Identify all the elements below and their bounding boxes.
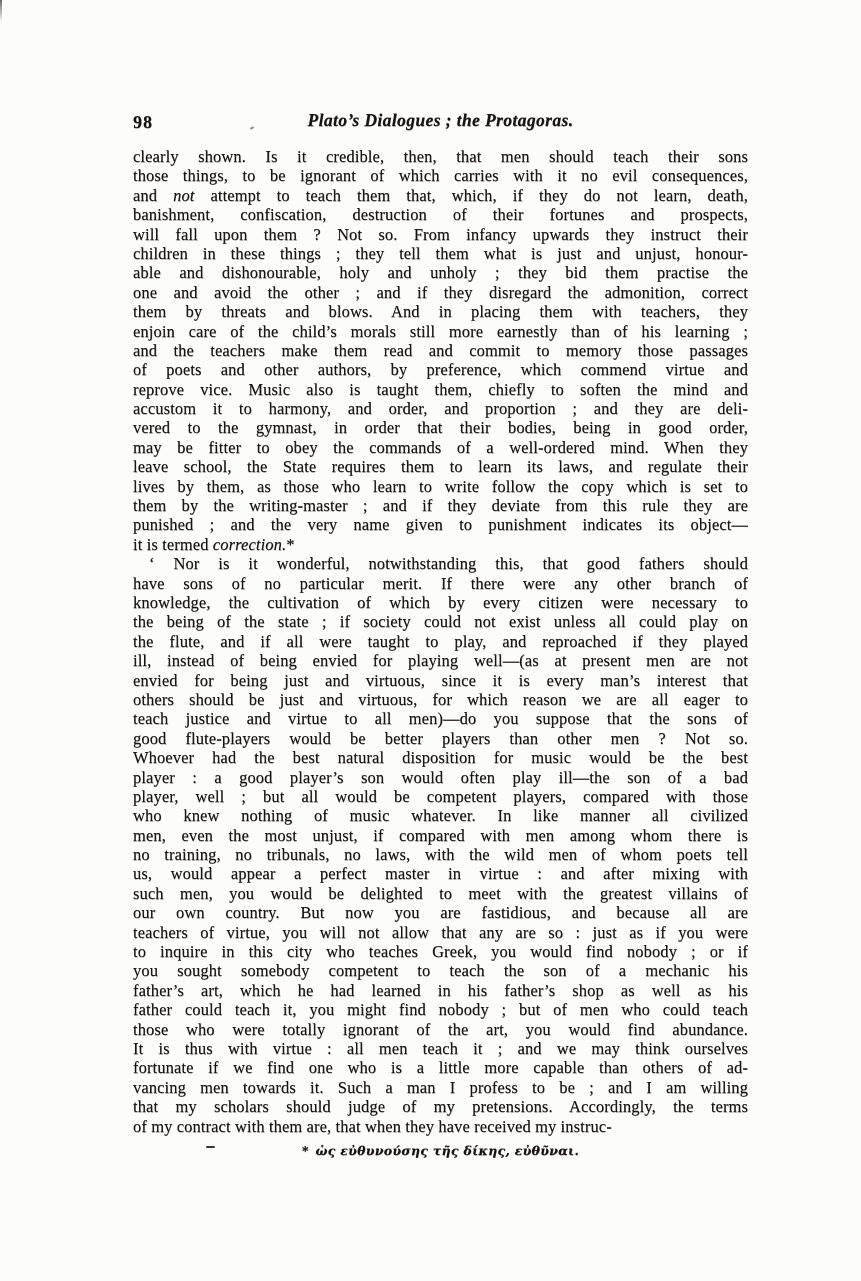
footnote: *ὡς εὐθυνούσης τῆς δίκης, εὐθῦναι. (133, 1143, 748, 1158)
text-line: Whoever had the best natural disposition… (133, 748, 748, 767)
text-line: of poets and other authors, by preferenc… (133, 360, 748, 379)
book-page: 98 Plato’s Dialogues ; the Protagoras. c… (0, 0, 861, 1281)
text-segment: * (286, 535, 294, 554)
text-line: them by the writing-master ; and if they… (133, 496, 748, 515)
text-line: vancing men towards it. Such a man I pro… (133, 1078, 748, 1097)
text-line: those things, to be ignorant of which ca… (133, 166, 748, 185)
text-line: children in these things ; they tell the… (133, 244, 748, 263)
text-line: have sons of no particular merit. If the… (133, 574, 748, 593)
italic-text-segment: correction. (213, 535, 286, 554)
text-segment: attempt to teach them that, which, if th… (195, 186, 749, 205)
running-title: Plato’s Dialogues ; the Protagoras. (308, 110, 574, 131)
text-line: good flute-players would be better playe… (133, 729, 748, 748)
text-line: father’s art, which he had learned in hi… (133, 981, 748, 1000)
text-line: ‘ Nor is it wonderful, notwithstanding t… (133, 554, 748, 573)
text-line: accustom it to harmony, and order, and p… (133, 399, 748, 418)
page-header: 98 Plato’s Dialogues ; the Protagoras. (133, 110, 748, 134)
text-line: will fall upon them ? Not so. From infan… (133, 225, 748, 244)
text-line: enjoin care of the child’s morals still … (133, 322, 748, 341)
paragraph: clearly shown. Is it credible, then, tha… (133, 147, 748, 554)
text-line: our own country. But now you are fastidi… (133, 903, 748, 922)
text-line: knowledge, the cultivation of which by e… (133, 593, 748, 612)
text-line: vered to the gymnast, in order that thei… (133, 418, 748, 437)
text-line: the being of the state ; if society coul… (133, 612, 748, 631)
paragraph: ‘ Nor is it wonderful, notwithstanding t… (133, 554, 748, 1136)
text-line: us, would appear a perfect master in vir… (133, 864, 748, 883)
text-segment: and (133, 186, 173, 205)
text-line: no training, no tribunals, no laws, with… (133, 845, 748, 864)
text-line: such men, you would be delighted to meet… (133, 884, 748, 903)
text-line: them by threats and blows. And in placin… (133, 302, 748, 321)
text-segment: it is termed (133, 535, 213, 554)
footnote-asterisk: * (302, 1143, 309, 1158)
text-line: envied for being just and virtuous, sinc… (133, 671, 748, 690)
text-line: teachers of virtue, you will not allow t… (133, 923, 748, 942)
body-text: clearly shown. Is it credible, then, tha… (133, 147, 748, 1136)
text-line: able and dishonourable, holy and unholy … (133, 263, 748, 282)
text-line: others should be just and virtuous, for … (133, 690, 748, 709)
text-line: you sought somebody competent to teach t… (133, 961, 748, 980)
text-line: clearly shown. Is it credible, then, tha… (133, 147, 748, 166)
italic-text-segment: not (173, 186, 194, 205)
text-line: punished ; and the very name given to pu… (133, 515, 748, 534)
text-line: lives by them, as those who learn to wri… (133, 477, 748, 496)
footnote-greek-text: ὡς εὐθυνούσης τῆς δίκης, εὐθῦναι. (315, 1143, 579, 1158)
text-line: banishment, confiscation, destruction of… (133, 205, 748, 224)
text-line: to inquire in this city who teaches Gree… (133, 942, 748, 961)
text-line: father could teach it, you might find no… (133, 1000, 748, 1019)
text-line: leave school, the State requires them to… (133, 457, 748, 476)
text-line: the flute, and if all were taught to pla… (133, 632, 748, 651)
page-number: 98 (133, 112, 153, 133)
scan-edge-artifact (0, 0, 2, 22)
text-line: of my contract with them are, that when … (133, 1117, 748, 1136)
text-line: may be fitter to obey the commands of a … (133, 438, 748, 457)
text-line: It is thus with virtue : all men teach i… (133, 1039, 748, 1058)
text-line: ill, instead of being envied for playing… (133, 651, 748, 670)
text-line: that my scholars should judge of my pret… (133, 1097, 748, 1116)
text-line: and the teachers make them read and comm… (133, 341, 748, 360)
text-line: player : a good player’s son would often… (133, 768, 748, 787)
text-line: player, well ; but all would be competen… (133, 787, 748, 806)
text-line: teach justice and virtue to all men)—do … (133, 709, 748, 728)
text-line: one and avoid the other ; and if they di… (133, 283, 748, 302)
text-line: reprove vice. Music also is taught them,… (133, 380, 748, 399)
text-line: fortunate if we find one who is a little… (133, 1058, 748, 1077)
text-line: and not attempt to teach them that, whic… (133, 186, 748, 205)
text-line: men, even the most unjust, if compared w… (133, 826, 748, 845)
text-line: those who were totally ignorant of the a… (133, 1020, 748, 1039)
text-line: it is termed correction.* (133, 535, 748, 554)
text-line: who knew nothing of music whatever. In l… (133, 806, 748, 825)
